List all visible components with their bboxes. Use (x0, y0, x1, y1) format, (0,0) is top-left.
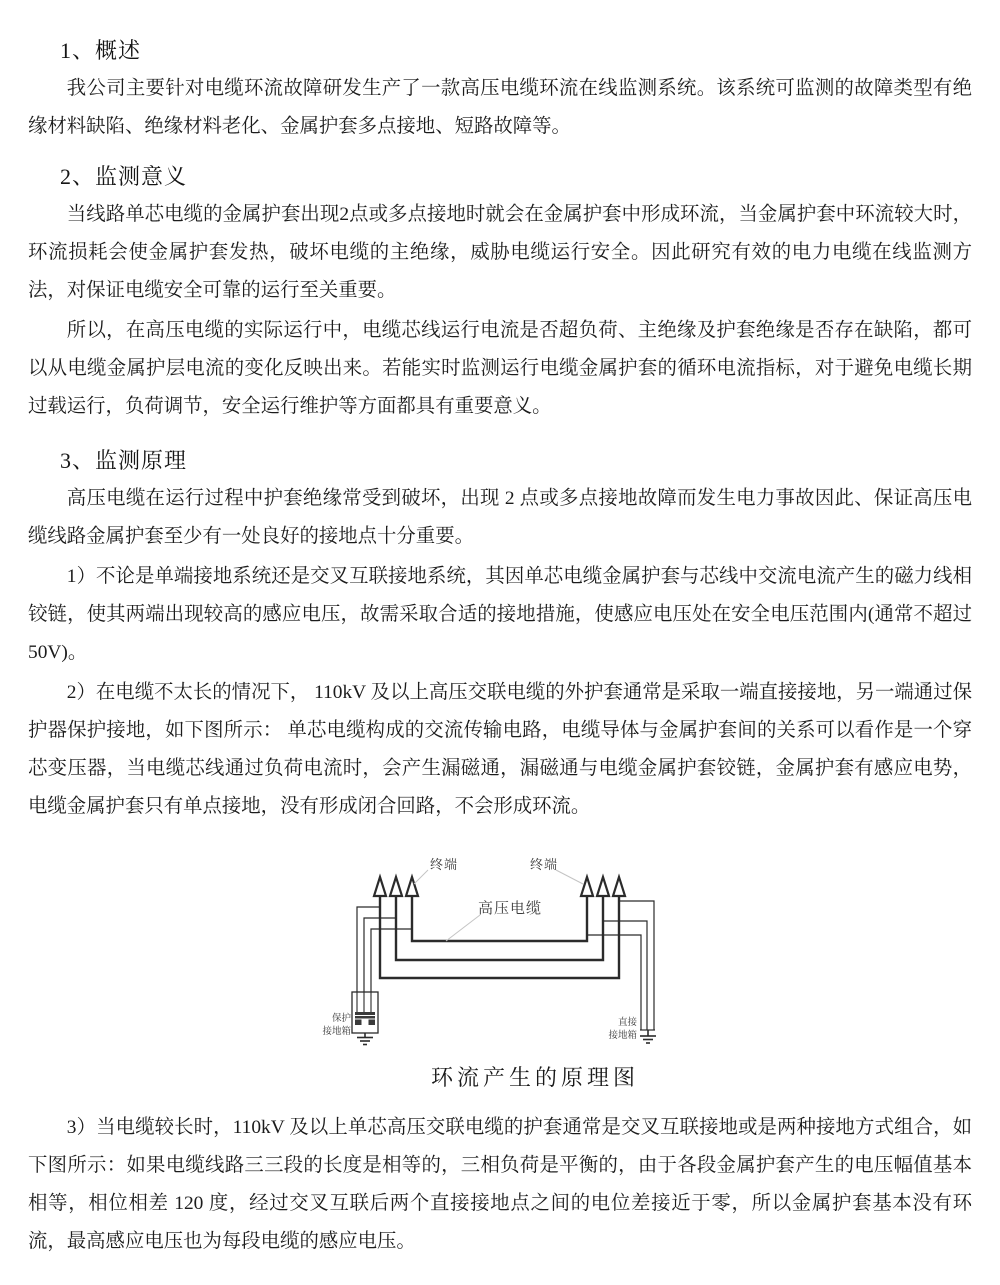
direct-box-label-line2: 接地箱 (608, 1029, 637, 1041)
section-3-paragraph-4: 3）当电缆较长时，110kV 及以上单芯高压交联电缆的护套通常是交叉互联接地或是… (28, 1109, 972, 1261)
hv-cable-label: 高压电缆 (478, 899, 542, 917)
section-1-paragraph-1: 我公司主要针对电缆环流故障研发生产了一款高压电缆环流在线监测系统。该系统可监测的… (28, 70, 972, 146)
protective-box-label-line1: 保护 (332, 1012, 352, 1024)
document-page: 1、概述 我公司主要针对电缆环流故障研发生产了一款高压电缆环流在线监测系统。该系… (0, 0, 1000, 1285)
section-2-heading: 2、监测意义 (60, 162, 972, 192)
ground-symbol-left (357, 1033, 373, 1045)
circulating-current-diagram: 终端 终端 高压电缆 保护 接地箱 直接 接地箱 (0, 845, 1000, 1057)
section-3-paragraph-2: 1）不论是单端接地系统还是交叉互联接地系统，其因单芯电缆金属护套与芯线中交流电流… (28, 558, 972, 672)
terminal-arrows (374, 877, 625, 896)
section-3-paragraph-3: 2）在电缆不太长的情况下， 110kV 及以上高压交联电缆的外护套通常是采取一端… (28, 674, 972, 826)
terminal-label-right: 终端 (530, 857, 558, 872)
section-1-heading: 1、概述 (60, 36, 972, 66)
section-3-paragraph-1: 高压电缆在运行过程中护套绝缘常受到破坏，出现 2 点或多点接地故障而发生电力事故… (28, 480, 972, 556)
direct-box-label-line1: 直接 (618, 1016, 638, 1028)
diagram-caption: 环流产生的原理图 (63, 1065, 1000, 1091)
section-2-paragraph-1: 当线路单芯电缆的金属护套出现2点或多点接地时就会在金属护套中形成环流，当金属护套… (28, 196, 972, 310)
sheath-lines-right (587, 901, 655, 1030)
protective-box-label-line2: 接地箱 (322, 1025, 351, 1037)
ground-symbol-right (640, 1030, 656, 1043)
terminal-label-left: 终端 (430, 857, 458, 872)
section-3-heading: 3、监测原理 (60, 446, 972, 476)
section-2-paragraph-2: 所以，在高压电缆的实际运行中，电缆芯线运行电流是否超负荷、主绝缘及护套绝缘是否存… (28, 312, 972, 426)
protective-ground-box (352, 992, 378, 1045)
direct-ground (640, 1030, 656, 1043)
